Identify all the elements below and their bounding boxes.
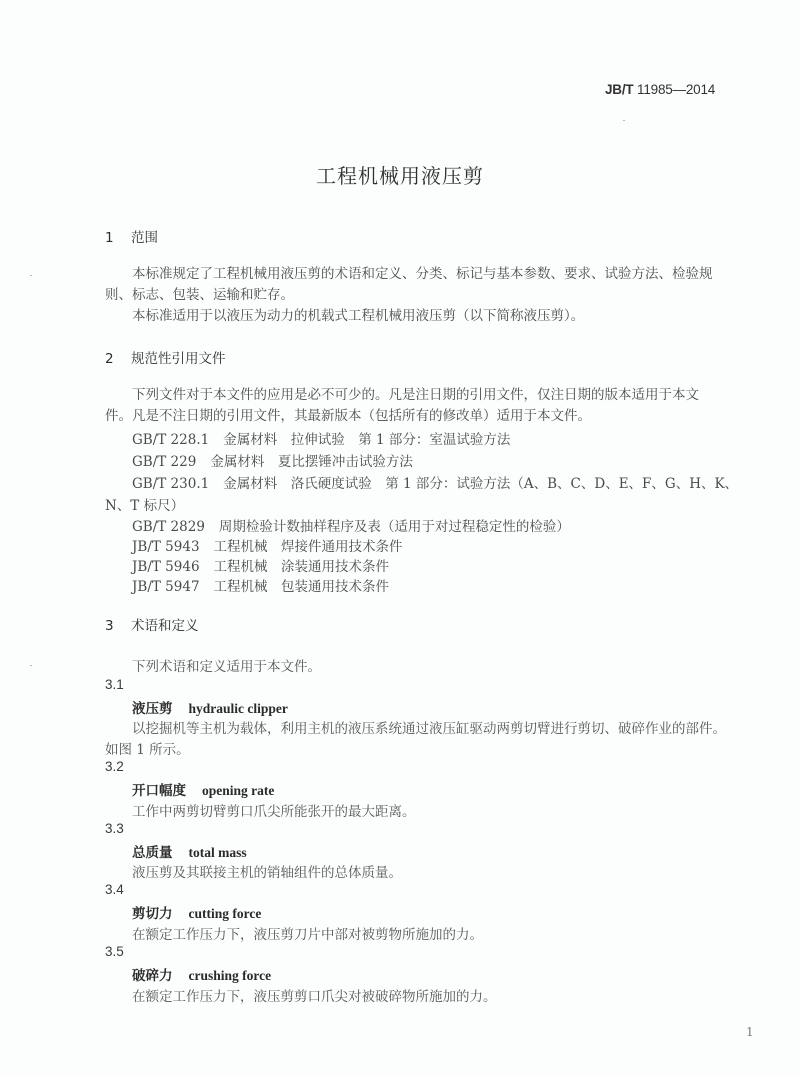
reference-item: GB/T 229金属材料 夏比摆锤冲击试验方法	[132, 450, 413, 470]
term-english: total mass	[189, 845, 247, 860]
term-entry: 液压剪hydraulic clipper	[132, 697, 288, 717]
document-page: JB/T 11985—2014 工程机械用液压剪 1范围 本标准规定了工程机械用…	[0, 0, 800, 1076]
reference-code: GB/T 228.1	[132, 432, 209, 448]
reference-title: 金属材料 洛氏硬度试验 第 1 部分：试验方法（A、B、C、D、E、F、G、H、…	[223, 476, 738, 492]
term-entry: 开口幅度opening rate	[132, 779, 274, 799]
reference-code: JB/T 5943	[132, 539, 200, 555]
reference-item: GB/T 228.1金属材料 拉伸试验 第 1 部分：室温试验方法	[132, 428, 510, 448]
term-chinese: 开口幅度	[132, 783, 186, 799]
term-chinese: 总质量	[132, 845, 173, 861]
standard-number: 11985—2014	[633, 82, 715, 97]
term-english: hydraulic clipper	[189, 701, 288, 716]
term-english: cutting force	[189, 906, 262, 921]
term-entry: 总质量total mass	[132, 841, 247, 861]
section-heading-scope: 1范围	[105, 226, 158, 246]
scope-paragraph-2: 本标准适用于以液压为动力的机载式工程机械用液压剪（以下简称液压剪）。	[105, 306, 725, 327]
reference-title: 金属材料 拉伸试验 第 1 部分：室温试验方法	[223, 432, 510, 448]
section-number: 3	[105, 618, 131, 634]
term-chinese: 破碎力	[132, 968, 173, 984]
reference-title: 工程机械 包装通用技术条件	[214, 579, 390, 595]
reference-item: GB/T 2829周期检验计数抽样程序及表（适用于对过程稳定性的检验）	[132, 515, 570, 535]
reference-code: JB/T 5947	[132, 579, 200, 595]
term-definition: 液压剪及其联接主机的销轴组件的总体质量。	[132, 861, 402, 881]
reference-code: GB/T 229	[132, 454, 196, 470]
term-definition-continuation: 如图 1 所示。	[105, 738, 190, 758]
term-chinese: 剪切力	[132, 906, 173, 922]
section-number: 1	[105, 230, 131, 246]
term-definition: 工作中两剪切臂剪口爪尖所能张开的最大距离。	[132, 800, 416, 820]
term-definition: 在额定工作压力下，液压剪剪口爪尖对被破碎物所施加的力。	[132, 985, 497, 1005]
references-intro: 下列文件对于本文件的应用是必不可少的。凡是注日期的引用文件，仅注日期的版本适用于…	[105, 385, 725, 426]
term-english: crushing force	[189, 968, 272, 983]
section-number: 2	[105, 351, 131, 367]
document-title: 工程机械用液压剪	[0, 160, 800, 189]
reference-title: 工程机械 焊接件通用技术条件	[214, 539, 403, 555]
reference-continuation: N、T 标尺）	[105, 494, 184, 514]
clause-number: 3.1	[105, 677, 124, 692]
scan-speck	[30, 665, 32, 666]
reference-title: 工程机械 涂装通用技术条件	[214, 559, 390, 575]
reference-title: 周期检验计数抽样程序及表（适用于对过程稳定性的检验）	[219, 519, 570, 535]
section-title: 范围	[131, 230, 158, 246]
standard-prefix: JB/T	[605, 82, 633, 97]
section-heading-normative-references: 2规范性引用文件	[105, 347, 226, 367]
section-title: 规范性引用文件	[131, 351, 226, 367]
clause-number: 3.2	[105, 759, 124, 774]
section-heading-terms: 3术语和定义	[105, 614, 199, 634]
clause-number: 3.5	[105, 944, 124, 959]
term-definition: 以挖掘机等主机为载体，利用主机的液压系统通过液压缸驱动两剪切臂进行剪切、破碎作业…	[132, 717, 726, 737]
reference-item: JB/T 5946工程机械 涂装通用技术条件	[132, 555, 389, 575]
term-definition: 在额定工作压力下，液压剪刀片中部对被剪物所施加的力。	[132, 923, 483, 943]
reference-code: JB/T 5946	[132, 559, 200, 575]
reference-title: 金属材料 夏比摆锤冲击试验方法	[210, 454, 413, 470]
standard-code: JB/T 11985—2014	[605, 82, 715, 97]
clause-number: 3.4	[105, 882, 124, 897]
reference-code: GB/T 230.1	[132, 476, 209, 492]
term-english: opening rate	[202, 783, 274, 798]
terms-intro: 下列术语和定义适用于本文件。	[132, 655, 321, 675]
section-title: 术语和定义	[131, 618, 199, 634]
reference-item: JB/T 5947工程机械 包装通用技术条件	[132, 575, 389, 595]
reference-item: JB/T 5943工程机械 焊接件通用技术条件	[132, 535, 403, 555]
scan-speck	[623, 120, 625, 121]
page-number: 1	[746, 1025, 754, 1039]
clause-number: 3.3	[105, 821, 124, 836]
reference-item: GB/T 230.1金属材料 洛氏硬度试验 第 1 部分：试验方法（A、B、C、…	[132, 472, 738, 492]
reference-code: GB/T 2829	[132, 519, 205, 535]
term-chinese: 液压剪	[132, 701, 173, 717]
scope-paragraph-1: 本标准规定了工程机械用液压剪的术语和定义、分类、标记与基本参数、要求、试验方法、…	[105, 264, 725, 305]
scan-speck	[30, 275, 32, 276]
term-entry: 剪切力cutting force	[132, 902, 261, 922]
term-entry: 破碎力crushing force	[132, 964, 271, 984]
